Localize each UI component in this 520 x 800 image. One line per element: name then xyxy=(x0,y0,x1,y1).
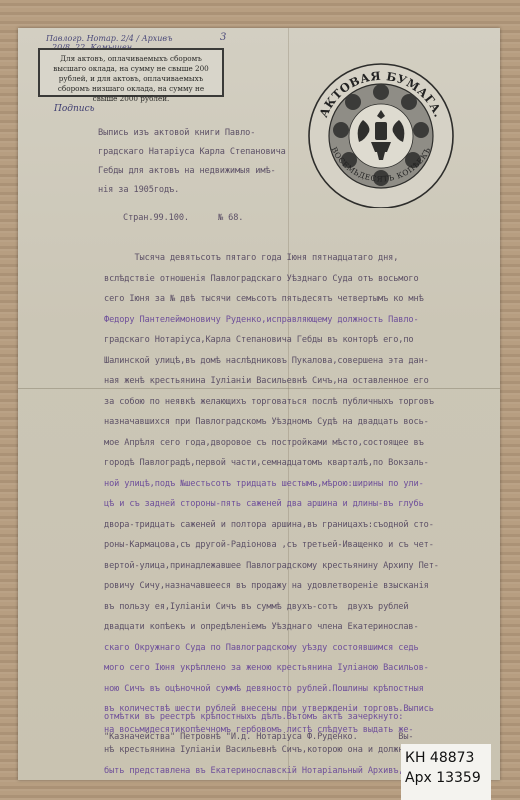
body-line: ная женѣ крестьянина Іуліаніи Васильевнѣ… xyxy=(104,376,429,386)
body-line: ровичу Сичу,назначавшееся въ продажу на … xyxy=(104,581,429,591)
archive-label: КН 48873 Арх 13359 xyxy=(401,744,491,800)
body-line: "Казначейства" Петровнѣ "И.д. Нотаріуса … xyxy=(104,732,414,742)
body-line: Федору Пантелеймоновичу Руденко,исправля… xyxy=(104,315,419,325)
header-line-2: градскаго Натаріуса Карла Степановича xyxy=(98,147,286,157)
body-line: за собою по неявкѣ желающихъ торговаться… xyxy=(104,397,434,407)
entry-number: № 68. xyxy=(218,213,243,223)
body-line: цѣ и съ задней стороны-пять саженей два … xyxy=(104,499,424,509)
body-line: городѣ Павлоградѣ,первой части,семнадцат… xyxy=(104,458,429,468)
document-sheet: Павлогр. Нотар. 2/4 / Архивъ 20/8. 22. К… xyxy=(18,28,500,780)
body-line: роны-Кармацова,съ другой-Радіонова ,съ т… xyxy=(104,540,434,550)
body-line: Шалинской улицѣ,въ домѣ наслѣдниковъ Пук… xyxy=(104,356,429,366)
body-line: отмѣтки въ реестрѣ крѣпостныхъ дѣлъ.Въто… xyxy=(104,712,403,722)
header-line-4: нія за 1905годъ. xyxy=(98,185,179,195)
body-line: двора-тридцать саженей и полтора аршина,… xyxy=(104,520,434,530)
page-reference: Стран.99.100. xyxy=(123,213,189,223)
archive-label-line2: Арх 13359 xyxy=(405,768,491,788)
body-line: Тысяча девятьсотъ пятаго года Іюня пятна… xyxy=(104,253,398,263)
body-line: въ пользу ея,Іуліаніи Сичъ въ суммѣ двух… xyxy=(104,602,408,612)
body-line: ною Сичъ въ оцѣночной суммѣ девяносто ру… xyxy=(104,684,424,694)
handwritten-signature: Подпись xyxy=(54,104,95,114)
header-line-3: Гебды для актовъ на недвижимыя имѣ- xyxy=(98,166,276,176)
handwritten-note-line1: Павлогр. Нотар. 2/4 / Архивъ xyxy=(46,34,172,43)
body-line: скаго Окружнаго Суда по Павлоградскому у… xyxy=(104,643,419,653)
body-line: мого сего Іюня укрѣплено за женою кресть… xyxy=(104,663,429,673)
body-line: вслѣдствіе отношенія Павлоградскаго Уѣзд… xyxy=(104,274,419,284)
body-line: сего Іюня за № двѣ тысячи семьсотъ пятьд… xyxy=(104,294,424,304)
duty-stamp-box: Для актовъ, оплачиваемыхъ сборомъ высшаг… xyxy=(38,48,224,97)
body-line: назначавшихся при Павлоградскомъ Уѣздном… xyxy=(104,417,429,427)
body-line: вертой-улица,принадлежавшее Павлоградско… xyxy=(104,561,439,571)
stamp-seal-emblem: АКТОВАЯ БУМАГА. ВОСЕМЬДЕСЯТЪ КОПѢЕКЪ xyxy=(301,58,461,208)
body-line: градскаго Нотаріуса,Карла Степановича Ге… xyxy=(104,335,414,345)
body-line: ной улицѣ,подъ №шестьсотъ тридцать шесты… xyxy=(104,479,424,489)
header-line-1: Выпись изъ актовой книги Павло- xyxy=(98,128,255,138)
body-line: нѣ крестьянина Іуліаніи Васильевнѣ Сичъ,… xyxy=(104,745,408,755)
body-line: мое Апрѣля сего года,дворовое съ построй… xyxy=(104,438,424,448)
fold-line-horizontal xyxy=(18,388,500,389)
body-line: двадцати копѣекъ и опредѣленіемъ Уѣзднаг… xyxy=(104,622,419,632)
corner-page-mark: 3 xyxy=(220,32,226,43)
archive-label-line1: КН 48873 xyxy=(405,748,491,768)
body-line: быть представлена въ Екатеринославскій Н… xyxy=(104,766,419,776)
